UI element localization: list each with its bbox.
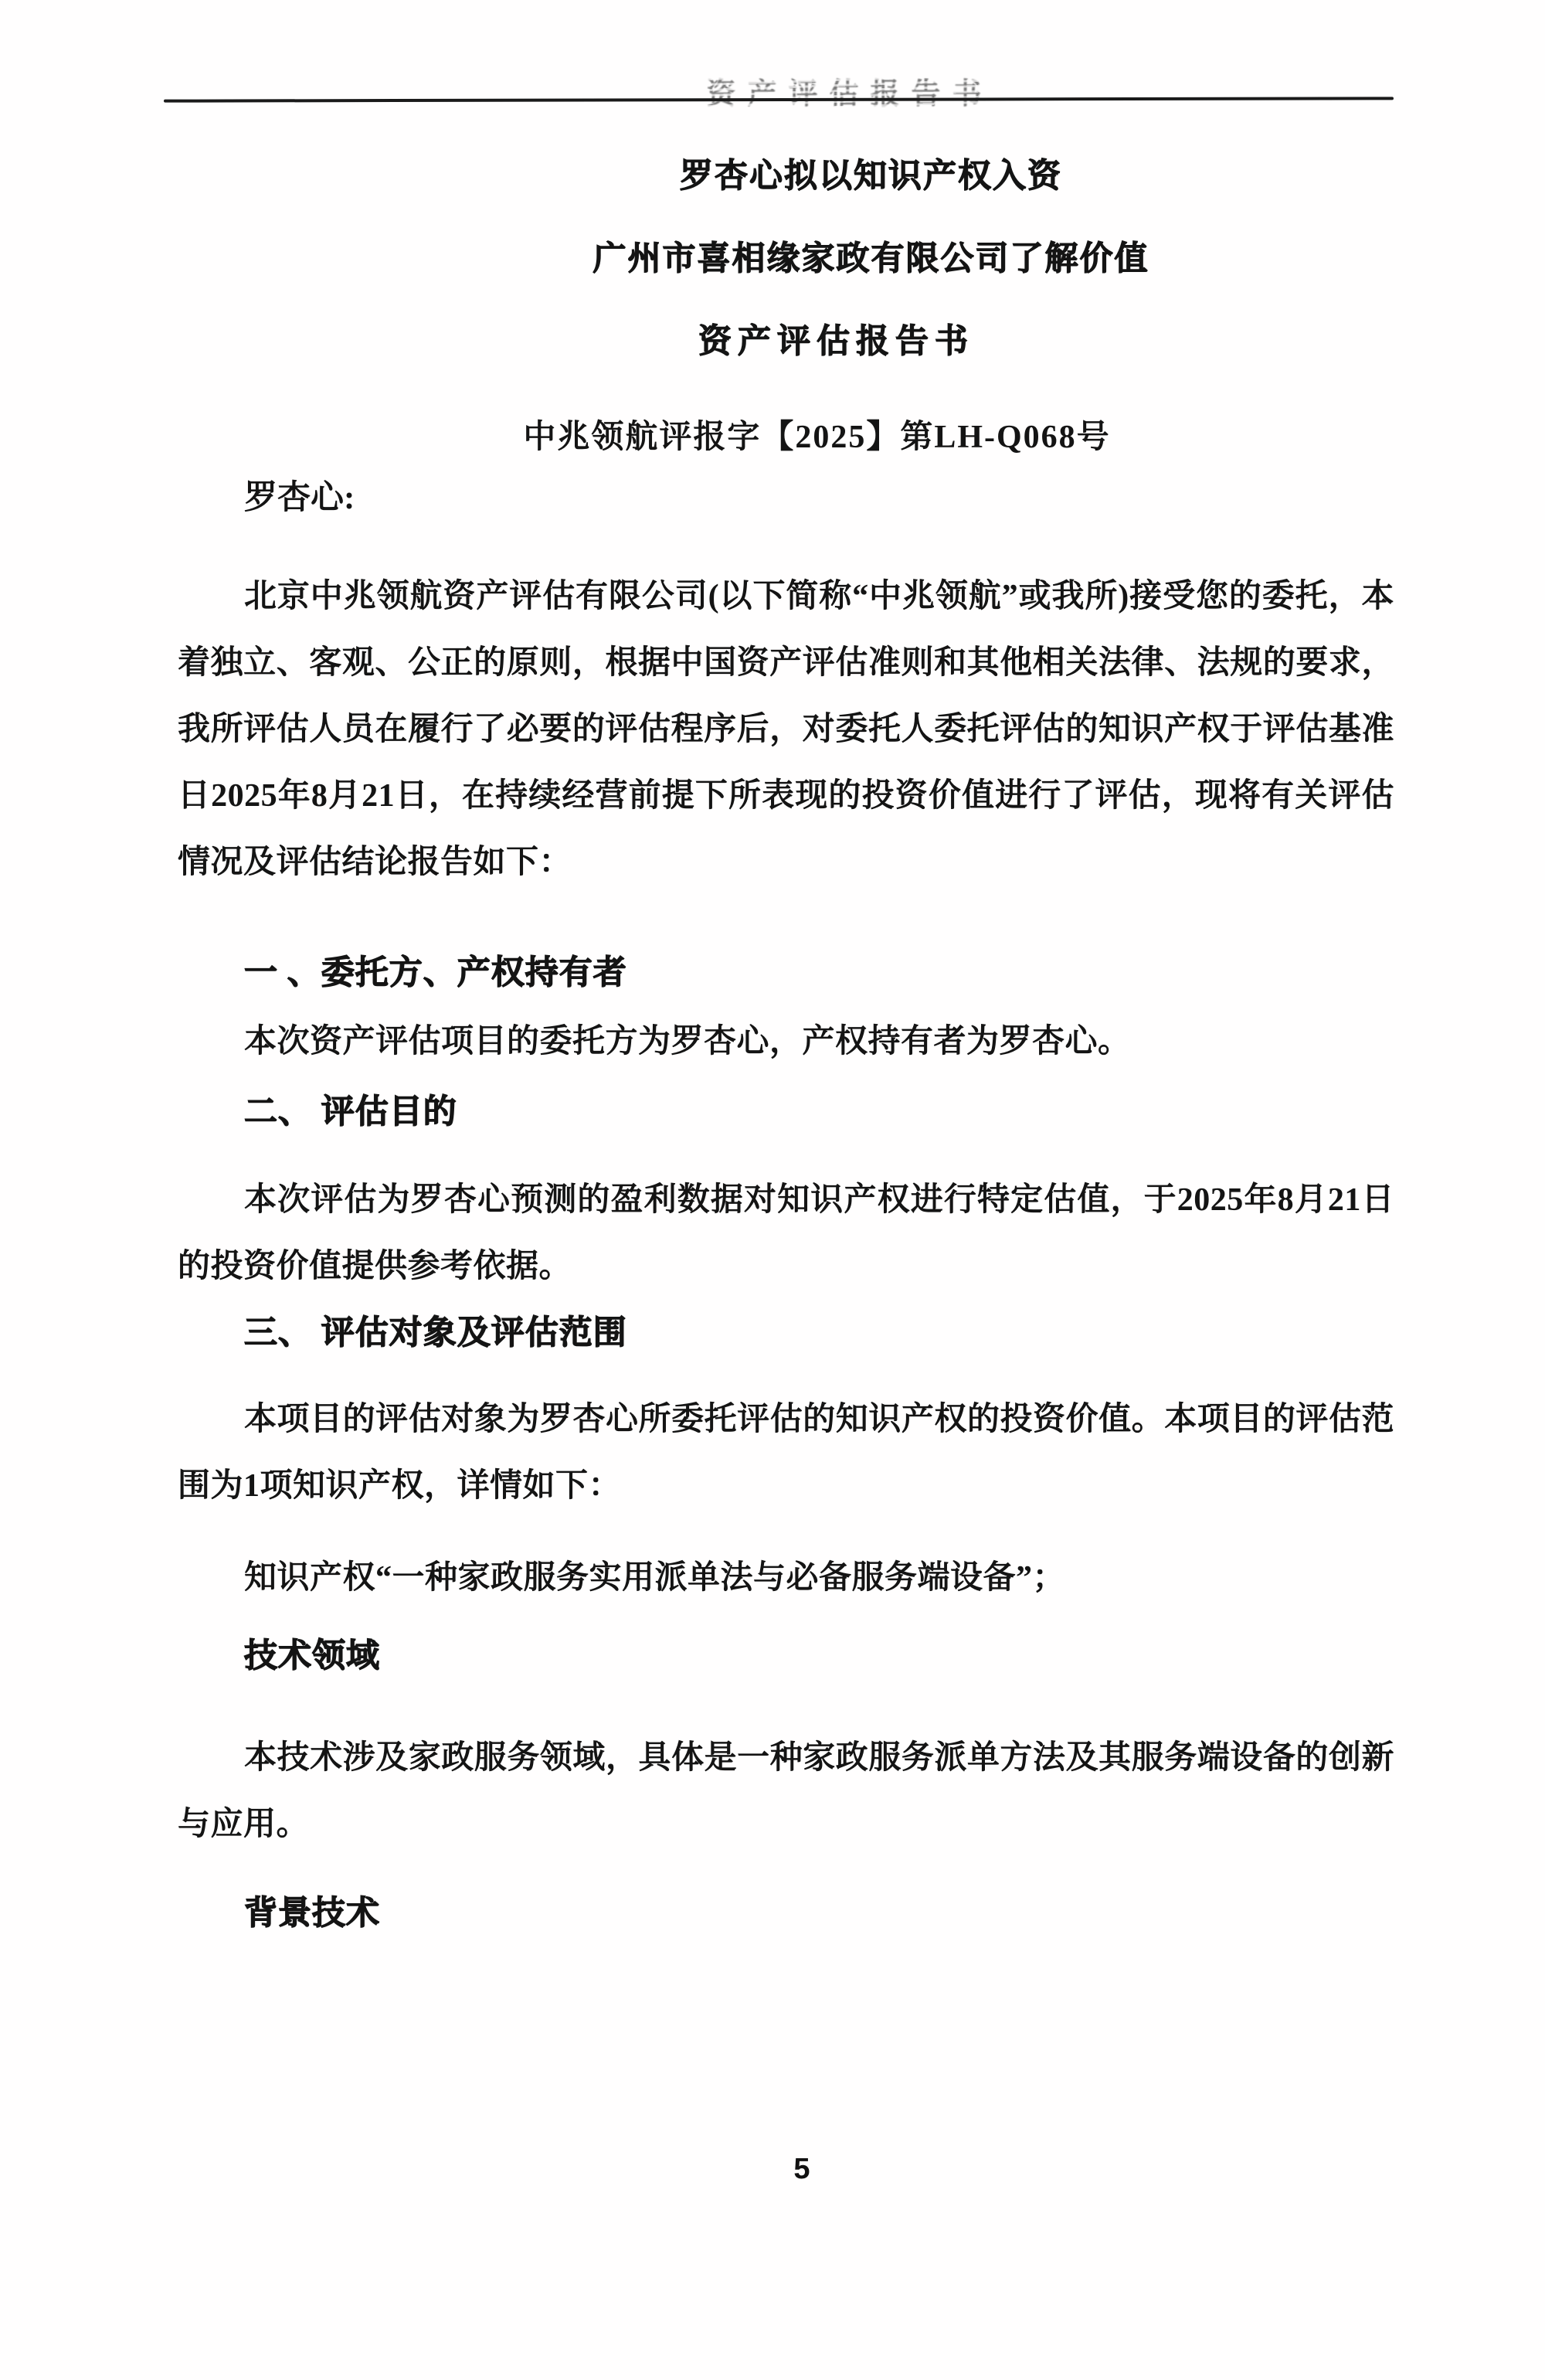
title-line-1: 罗杏心拟以知识产权入资 bbox=[263, 135, 1479, 218]
header-watermark: 资产评估报告书 bbox=[706, 70, 993, 112]
section-3-heading: 三、 评估对象及评估范围 bbox=[178, 1300, 1394, 1367]
section-2-heading: 二、 评估目的 bbox=[178, 1079, 1394, 1146]
tech-field-body: 本技术涉及家政服务领域，具体是一种家政服务派单方法及其服务端设备的创新与应用。 bbox=[178, 1725, 1394, 1858]
ip-description-line: 知识产权“一种家政服务实用派单法与必备服务端设备”； bbox=[178, 1545, 1394, 1611]
title-line-3: 资产评估报告书 bbox=[228, 301, 1445, 383]
document-page: 资产评估报告书 罗杏心拟以知识产权入资 广州市喜相缘家政有限公司了解价值 资产评… bbox=[0, 0, 1545, 2380]
report-number: 中兆领航评报字【2025】第LH-Q068号 bbox=[209, 404, 1425, 471]
page-number: 5 bbox=[29, 2153, 1545, 2186]
section-3-body: 本项目的评估对象为罗杏心所委托评估的知识产权的投资价值。本项目的评估范围为1项知… bbox=[178, 1386, 1394, 1519]
title-line-2: 广州市喜相缘家政有限公司了解价值 bbox=[263, 218, 1479, 301]
section-2-body: 本次评估为罗杏心预测的盈利数据对知识产权进行特定估值，于2025年8月21日的投… bbox=[178, 1167, 1394, 1300]
intro-paragraph: 北京中兆领航资产评估有限公司(以下简称“中兆领航”或我所)接受您的委托，本着独立… bbox=[178, 563, 1394, 896]
section-1-body: 本次资产评估项目的委托方为罗杏心，产权持有者为罗杏心。 bbox=[178, 1008, 1394, 1075]
section-1-heading: 一 、委托方、产权持有者 bbox=[178, 940, 1394, 1007]
background-heading: 背景技术 bbox=[178, 1881, 1394, 1947]
document-body: 罗杏心拟以知识产权入资 广州市喜相缘家政有限公司了解价值 资产评估报告书 中兆领… bbox=[178, 135, 1394, 1947]
tech-field-heading: 技术领域 bbox=[178, 1623, 1394, 1690]
salutation: 罗杏心: bbox=[178, 465, 1394, 532]
